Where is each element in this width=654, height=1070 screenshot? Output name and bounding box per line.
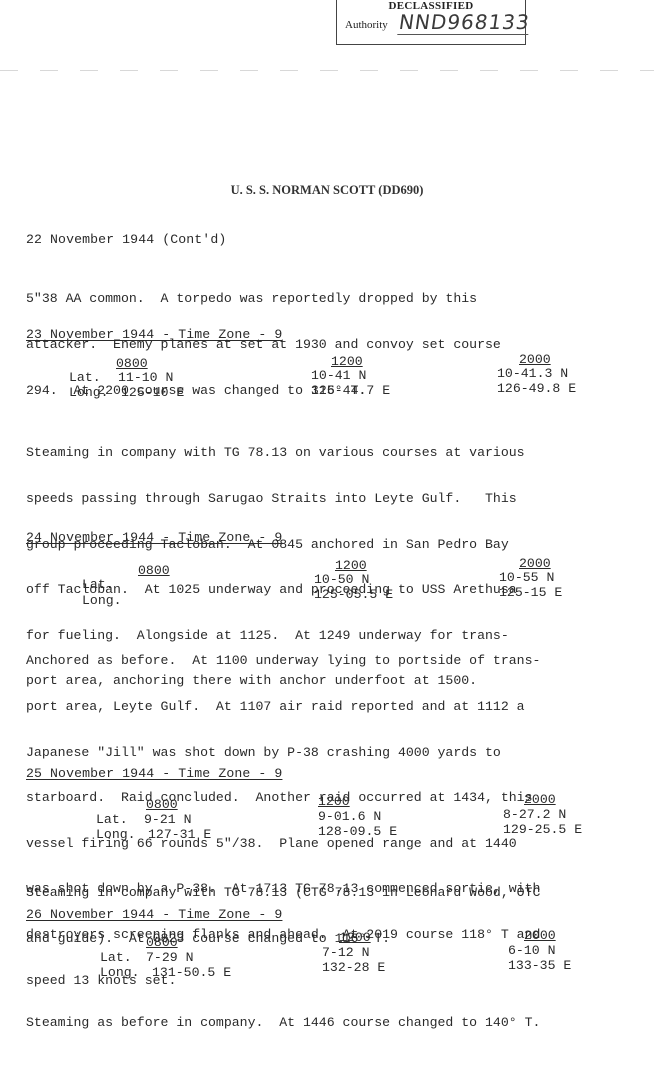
time-2000: 2000 (524, 928, 556, 943)
long-2000: 126-49.8 E (497, 382, 576, 397)
lat-0800: 9-21 N (144, 813, 191, 828)
declassified-stamp: DECLASSIFIED Authority NND968133 (336, 0, 526, 45)
time-2000: 2000 (519, 556, 551, 571)
time-1200: 1200 (318, 794, 350, 809)
lat-label: Lat. (100, 951, 132, 966)
long-0800: 131-50.5 E (152, 966, 231, 981)
entry-heading-25-nov: 25 November 1944 - Time Zone - 9 (26, 766, 282, 781)
long-1200: 132-28 E (322, 961, 385, 976)
time-0800: 0800 (146, 935, 178, 950)
document-title: U. S. S. NORMAN SCOTT (DD690) (0, 183, 654, 198)
entry-heading-24-nov: 24 November 1944 - Time Zone - 9 (26, 530, 282, 545)
lat-1200: 10-50 N (314, 573, 369, 588)
text-line: and guide). At 0823 course changed to 11… (26, 931, 540, 946)
lat-2000: 8-27.2 N (503, 808, 566, 823)
lat-label: Lat. (82, 578, 114, 593)
lat-0800: 11-10 N (118, 371, 173, 386)
lat-1200: 7-12 N (322, 946, 369, 961)
text-line: starboard. Raid concluded. Another raid … (26, 790, 540, 805)
text-line: 5"38 AA common. A torpedo was reportedly… (26, 291, 501, 306)
text-line: Steaming in company with TG 78.13 (CTG 7… (26, 885, 540, 900)
time-0800: 0800 (146, 797, 178, 812)
long-2000: 125-15 E (499, 586, 562, 601)
time-1200: 1200 (335, 558, 367, 573)
long-1200: 125-05.5 E (314, 588, 393, 603)
text-line: Steaming in company with TG 78.13 on var… (26, 445, 525, 460)
long-label: Long. (100, 966, 140, 981)
time-1200: 1200 (331, 354, 363, 369)
text-line: Anchored as before. At 1100 underway lyi… (26, 653, 540, 668)
long-label: Long. (69, 386, 109, 401)
text-line: Steaming as before in company. At 1446 c… (26, 1015, 540, 1030)
long-2000: 129-25.5 E (503, 823, 582, 838)
lat-0800: 7-29 N (146, 951, 193, 966)
text-line: speeds passing through Sarugao Straits i… (26, 491, 525, 506)
lat-2000: 6-10 N (508, 944, 555, 959)
long-label: Long. (82, 594, 122, 609)
stamp-authority-label: Authority (345, 19, 388, 31)
long-1200: 126-44.7 E (311, 384, 390, 399)
faint-scan-line (0, 70, 654, 71)
lat-1200: 10-41 N (311, 369, 366, 384)
lat-1200: 9-01.6 N (318, 810, 381, 825)
long-0800: 127-31 E (148, 828, 211, 843)
lat-2000: 10-55 N (499, 571, 554, 586)
lat-label: Lat. (69, 371, 101, 386)
entry-text-26-nov: Steaming as before in company. At 1446 c… (26, 985, 540, 1046)
time-1200: 1200 (339, 930, 371, 945)
time-0800: 0800 (138, 563, 170, 578)
text-line: Japanese "Jill" was shot down by P-38 cr… (26, 745, 540, 760)
long-0800: 125-10 E (121, 386, 184, 401)
long-1200: 128-09.5 E (318, 825, 397, 840)
entry-heading-23-nov: 23 November 1944 - Time Zone - 9 (26, 327, 282, 342)
lat-label: Lat. (96, 813, 128, 828)
entry-heading-26-nov: 26 November 1944 - Time Zone - 9 (26, 907, 282, 922)
time-2000: 2000 (524, 792, 556, 807)
time-2000: 2000 (519, 352, 551, 367)
lat-2000: 10-41.3 N (497, 367, 568, 382)
long-label: Long. (96, 828, 136, 843)
stamp-authority-number: NND968133 (397, 10, 531, 35)
time-0800: 0800 (116, 356, 148, 371)
entry-heading-22-nov: 22 November 1944 (Cont'd) (26, 232, 226, 247)
text-line: port area, Leyte Gulf. At 1107 air raid … (26, 699, 540, 714)
long-2000: 133-35 E (508, 959, 571, 974)
